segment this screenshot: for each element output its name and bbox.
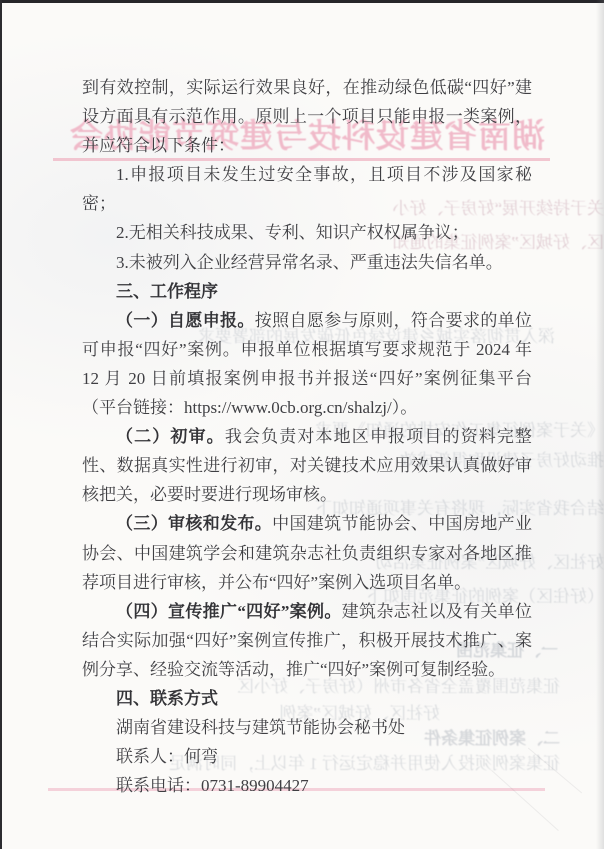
- contact-phone: 联系电话：0731-89904427: [82, 771, 532, 800]
- paragraph-lead: （二）初审。: [116, 427, 225, 446]
- heading-text: 三、工作程序: [116, 282, 218, 301]
- condition-item-1: 1.申报项目未发生过安全事故，且项目不涉及国家秘密；: [82, 160, 532, 218]
- condition-item-2: 2.无相关科技成果、专利、知识产权权属争议；: [82, 218, 532, 247]
- paper-crease: [528, 748, 582, 794]
- paragraph-continuation: 到有效控制，实际运行效果良好，在推动绿色低碳“四好”建设方面具有示范作用。原则上…: [82, 73, 532, 160]
- section-heading-procedures: 三、工作程序: [82, 277, 532, 306]
- paragraph-text: 2.无相关科技成果、专利、知识产权权属争议；: [116, 223, 469, 242]
- contact-person: 联系人：何弯: [82, 742, 532, 771]
- document-body: 到有效控制，实际运行效果良好，在推动绿色低碳“四好”建设方面具有示范作用。原则上…: [82, 73, 532, 800]
- section-heading-contact: 四、联系方式: [82, 684, 532, 713]
- condition-item-3: 3.未被列入企业经营异常名录、严重违法失信名单。: [82, 248, 532, 277]
- paragraph-text: 联系电话：0731-89904427: [116, 776, 309, 795]
- paragraph-review-and-release: （三）审核和发布。中国建筑节能协会、中国房地产业协会、中国建筑学会和建筑杂志社负…: [82, 509, 532, 596]
- paragraph-text: 3.未被列入企业经营异常名录、严重违法失信名单。: [116, 253, 503, 272]
- scan-edge-left: [0, 0, 2, 849]
- paragraph-lead: （三）审核和发布。: [116, 514, 272, 533]
- paragraph-text: 联系人：何弯: [116, 747, 218, 766]
- contact-organization: 湖南省建设科技与建筑节能协会秘书处: [82, 713, 532, 742]
- paragraph-text: 到有效控制，实际运行效果良好，在推动绿色低碳“四好”建设方面具有示范作用。原则上…: [82, 78, 532, 155]
- paragraph-promotion: （四）宣传推广“四好”案例。建筑杂志社以及有关单位结合实际加强“四好”案例宣传推…: [82, 597, 532, 684]
- heading-text: 四、联系方式: [116, 689, 218, 708]
- scan-edge-top: [0, 0, 604, 3]
- scanned-document-page: 湖南省建设科技与建筑节能协会 关于持续开展“好房子、好小 区、好城区”案例征集的…: [0, 0, 604, 849]
- paragraph-lead: （一）自愿申报。: [116, 311, 255, 330]
- paragraph-text: 1.申报项目未发生过安全事故，且项目不涉及国家秘密；: [82, 165, 532, 213]
- paragraph-text: 湖南省建设科技与建筑节能协会秘书处: [116, 718, 405, 737]
- paragraph-lead: （四）宣传推广“四好”案例。: [116, 602, 342, 621]
- paragraph-voluntary-application: （一）自愿申报。按照自愿参与原则，符合要求的单位可申报“四好”案例。申报单位根据…: [82, 306, 532, 422]
- scan-edge-right: [596, 0, 604, 849]
- paragraph-preliminary-review: （二）初审。我会负责对本地区申报项目的资料完整性、数据真实性进行初审，对关键技术…: [82, 422, 532, 509]
